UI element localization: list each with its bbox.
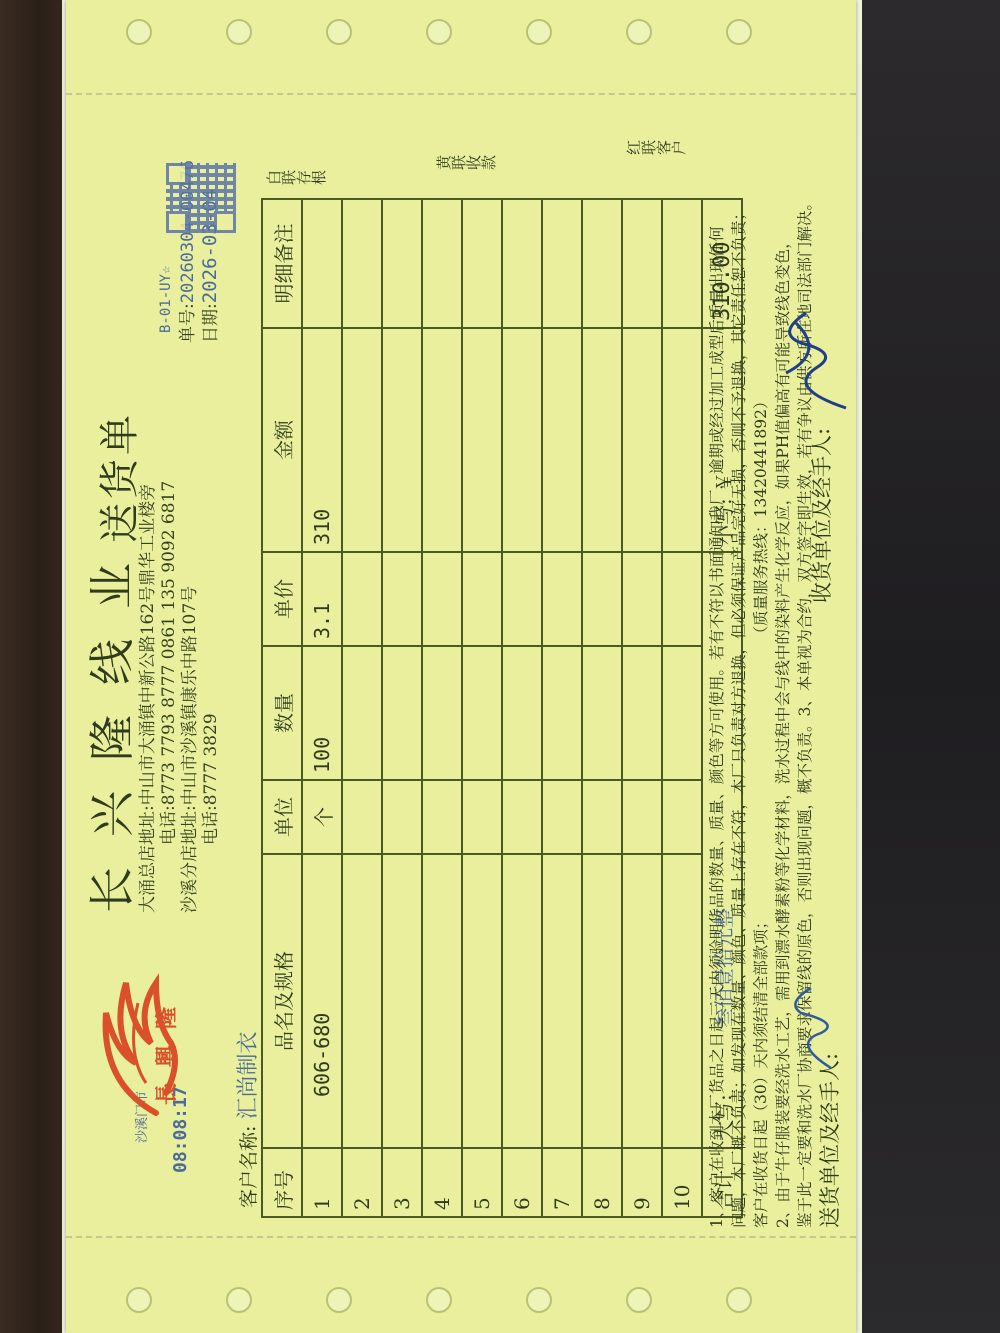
head-office-address-label: 大涌总店地址: [138,805,158,913]
head-office-phone-label: 电话: [159,805,179,845]
cell-no: 2 [342,1148,382,1217]
cell-amount: 310 [302,328,342,552]
cell-no: 4 [422,1148,462,1217]
cell-no: 5 [462,1148,502,1217]
cell-no: 9 [622,1148,662,1217]
branch-address: 中山市沙溪镇康乐中路107号 [180,586,200,805]
header-no: 序号 [262,1148,302,1217]
head-office-address: 中山市大涌镇中新公路162号鼎华工业楼旁 [138,484,158,805]
perforation-line-left [66,1236,856,1238]
cell-price: 3.1 [302,552,342,646]
customer-label: 客户名称: [238,1126,260,1208]
table-row: 3 [382,199,422,1217]
terms-line-2: 问题，本厂概不负责；如发现在数量、颜色、质量上存在不符，本厂只负责对方退换，但必… [728,195,750,1228]
table-row: 1 606-680 个 100 3.1 310 [302,199,342,1217]
cell-no: 8 [582,1148,622,1217]
terms-line-3: 客户在收货日起（30）天内须结清全部款项； [752,914,770,1228]
perforation-line-right [66,93,856,95]
header-remark: 明细备注 [262,199,302,328]
cell-unit: 个 [302,780,342,854]
receiver-signature-scribble-icon [766,303,856,413]
header-amount: 金额 [262,328,302,552]
brand-logo-text: 長興隆 [150,991,181,1105]
cell-no: 1 [302,1148,342,1217]
quality-hotline: （质量服务热线：13420441892） [752,394,770,634]
branch-phone-label: 电话: [201,805,221,845]
table-row: 7 [542,199,582,1217]
cell-no: 6 [502,1148,542,1217]
order-number-label: 单号: [178,303,198,343]
feed-strip-left [66,1238,856,1333]
print-code: B-01-UY☆ [158,266,174,333]
date-label: 日期: [201,303,221,343]
cell-no: 7 [542,1148,582,1217]
sender-signature-label: 送货单位及经手人: [814,1053,844,1228]
customer-row: 客户名称: 汇尚制衣 [231,1032,262,1208]
cell-product: 606-680 [302,854,342,1148]
cell-remark [302,199,342,328]
header-product: 品名及规格 [262,854,302,1148]
table-row: 5 [462,199,502,1217]
terms-line-1: 1、客户在收到本厂货品之日起三天内须验明货品的数量、质量、颜色等方可使用。若有不… [706,195,728,1228]
table-row: 6 [502,199,542,1217]
copy-red-label: 红联客户 [626,139,686,158]
background-table-surface [840,0,1000,1333]
table-row: 9 [622,199,662,1217]
sender-signature-scribble-icon [781,983,851,1073]
table-row: 8 [582,199,622,1217]
head-office-info: 大涌总店地址:中山市大涌镇中新公路162号鼎华工业楼旁 电话:8773 7793… [138,481,222,913]
qr-code [166,163,236,233]
document-type-title: 送货单 [88,411,145,543]
cell-no: 10 [662,1148,702,1217]
table-row: 4 [422,199,462,1217]
header-price: 单价 [262,552,302,646]
cell-qty: 100 [302,646,342,780]
receiver-signature-label: 收货单位及经手人: [806,428,836,603]
items-table: 序号 品名及规格 单位 数量 单价 金额 明细备注 1 606-680 个 10… [261,198,743,1218]
table-header-row: 序号 品名及规格 单位 数量 单价 金额 明细备注 [262,199,302,1217]
head-office-phone: 8773 7793 8777 0861 135 9092 6817 [159,481,179,805]
branch-address-label: 沙溪分店地址: [180,805,200,913]
copy-yellow-label: 黄联收款 [436,154,496,173]
copy-white-label: 白联存根 [266,169,326,188]
branch-phone: 8777 3829 [201,713,221,805]
feed-strip-right [66,0,856,95]
company-name-title: 长兴隆线业 [76,533,142,913]
header-qty: 数量 [262,646,302,780]
delivery-note-paper: 沙溪门市 08:08:17 長興隆 长兴隆线业 送货单 大涌总店地址:中山市大涌… [66,0,856,1333]
table-row: 10 [662,199,702,1217]
cell-no: 3 [382,1148,422,1217]
customer-name: 汇尚制衣 [236,1032,261,1120]
delivery-note-sheet: 沙溪门市 08:08:17 長興隆 长兴隆线业 送货单 大涌总店地址:中山市大涌… [66,0,856,1333]
header-unit: 单位 [262,780,302,854]
table-row: 2 [342,199,382,1217]
